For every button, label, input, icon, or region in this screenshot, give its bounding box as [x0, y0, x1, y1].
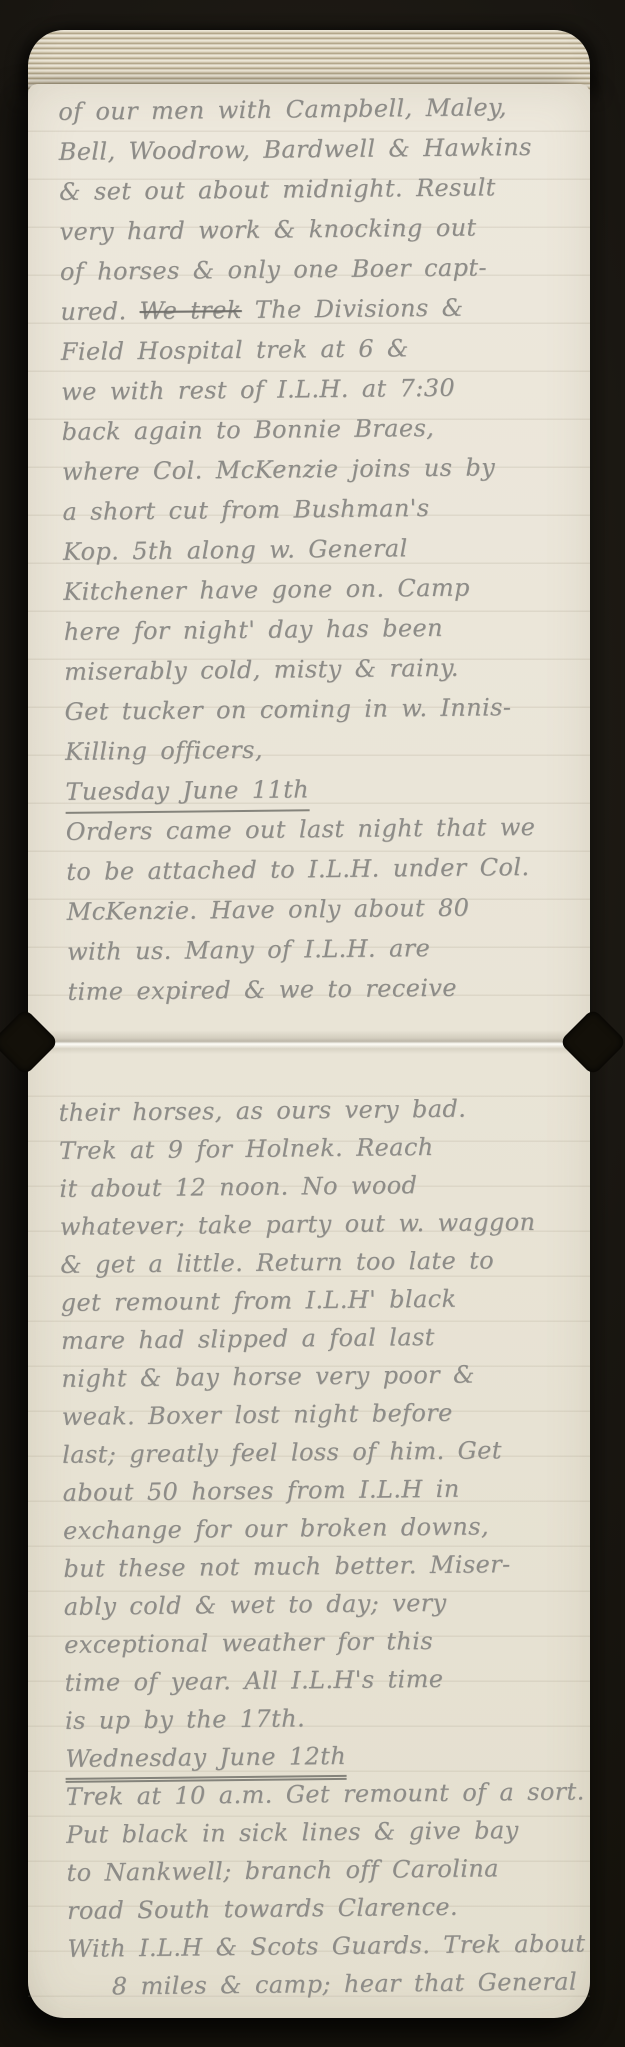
- handwriting-line: of horses & only one Boer capt-: [60, 246, 586, 292]
- handwriting-line: Trek at 9 for Holnek. Reach: [59, 1126, 585, 1170]
- handwriting-line: road South towards Clarence.: [67, 1886, 590, 1930]
- handwriting-line: with us. Many of I.L.H. are: [67, 926, 590, 972]
- handwriting-line: get remount from I.L.H' black: [60, 1278, 586, 1322]
- handwriting-line: time expired & we to receive: [67, 966, 590, 1012]
- handwriting-line: but these not much better. Miser-: [63, 1544, 589, 1588]
- handwriting-line: Put black in sick lines & give bay: [66, 1810, 590, 1854]
- handwriting-line: exceptional weather for this: [64, 1620, 590, 1664]
- handwriting-line: last; greatly feel loss of him. Get: [62, 1430, 588, 1474]
- handwriting-line: & get a little. Return too late to: [60, 1240, 586, 1284]
- handwriting-line: Get tucker on coming in w. Innis-: [64, 686, 590, 732]
- handwriting-line: about 50 horses from I.L.H in: [62, 1468, 588, 1512]
- notebook-paper: of our men with Campbell, Maley,Bell, Wo…: [28, 84, 590, 2018]
- handwriting-line: very hard work & knocking out: [59, 206, 585, 252]
- handwriting-line: back again to Bonnie Braes,: [61, 406, 587, 452]
- handwriting-line: Kitchener have gone on. Camp: [63, 566, 589, 612]
- photo-background: of our men with Campbell, Maley,Bell, Wo…: [0, 0, 625, 2047]
- handwriting-line: here for night' day has been: [64, 606, 590, 652]
- handwriting-line: is up by the 17th.: [65, 1696, 590, 1740]
- handwriting-line: With I.L.H & Scots Guards. Trek about: [67, 1924, 590, 1968]
- handwriting-line: Trek at 10 a.m. Get remount of a sort.: [66, 1772, 590, 1816]
- entry-date-heading: Wednesday June 12th: [65, 1734, 590, 1778]
- handwriting-line: their horses, as ours very bad.: [58, 1088, 584, 1132]
- handwriting-line: a short cut from Bushman's: [62, 486, 588, 532]
- handwriting-line: McKenzie. Have only about 80: [66, 886, 590, 932]
- handwriting-line: to be attached to I.L.H. under Col.: [66, 846, 590, 892]
- handwriting-line: time of year. All I.L.H's time: [64, 1658, 590, 1702]
- handwriting-line: 8 miles & camp; hear that General: [68, 1962, 590, 2006]
- handwriting-line: where Col. McKenzie joins us by: [62, 446, 588, 492]
- handwriting-line: Bell, Woodrow, Bardwell & Hawkins: [59, 126, 585, 172]
- entry-date-heading: Tuesday June 11th: [65, 766, 590, 812]
- handwriting-line: we with rest of I.L.H. at 7:30: [61, 366, 587, 412]
- handwriting-line: of our men with Campbell, Maley,: [58, 86, 584, 132]
- handwriting-line: exchange for our broken downs,: [63, 1506, 589, 1550]
- handwriting-block-top: of our men with Campbell, Maley,Bell, Wo…: [28, 84, 590, 1012]
- handwriting-line: ured. We trek The Divisions &: [60, 286, 586, 332]
- handwriting-line: & set out about midnight. Result: [59, 166, 585, 212]
- handwriting-line: Killing officers,: [65, 726, 590, 772]
- struck-out-text: We trek: [139, 296, 242, 325]
- handwriting-line: it about 12 noon. No wood: [59, 1164, 585, 1208]
- handwriting-line: miserably cold, misty & rainy.: [64, 646, 590, 692]
- handwriting-line: whatever; take party out w. waggon: [60, 1202, 586, 1246]
- date-heading-underlined: Tuesday June 11th: [65, 769, 309, 814]
- handwriting-line: Kop. 5th along w. General: [63, 526, 589, 572]
- handwriting-line: ably cold & wet to day; very: [64, 1582, 590, 1626]
- diary-page-top: of our men with Campbell, Maley,Bell, Wo…: [28, 84, 590, 1042]
- handwriting-line: weak. Boxer lost night before: [62, 1392, 588, 1436]
- handwriting-line: Field Hospital trek at 6 &: [61, 326, 587, 372]
- handwriting-line: night & bay horse very poor &: [61, 1354, 587, 1398]
- diary-page-bottom: their horses, as ours very bad.Trek at 9…: [28, 1052, 590, 2018]
- handwriting-line: mare had slipped a foal last: [61, 1316, 587, 1360]
- handwriting-line: to Nankwell; branch off Carolina: [66, 1848, 590, 1892]
- page-fold-crease: [28, 1030, 590, 1054]
- handwriting-block-bottom: their horses, as ours very bad.Trek at 9…: [28, 1052, 590, 2006]
- handwriting-line: Orders came out last night that we: [66, 806, 590, 852]
